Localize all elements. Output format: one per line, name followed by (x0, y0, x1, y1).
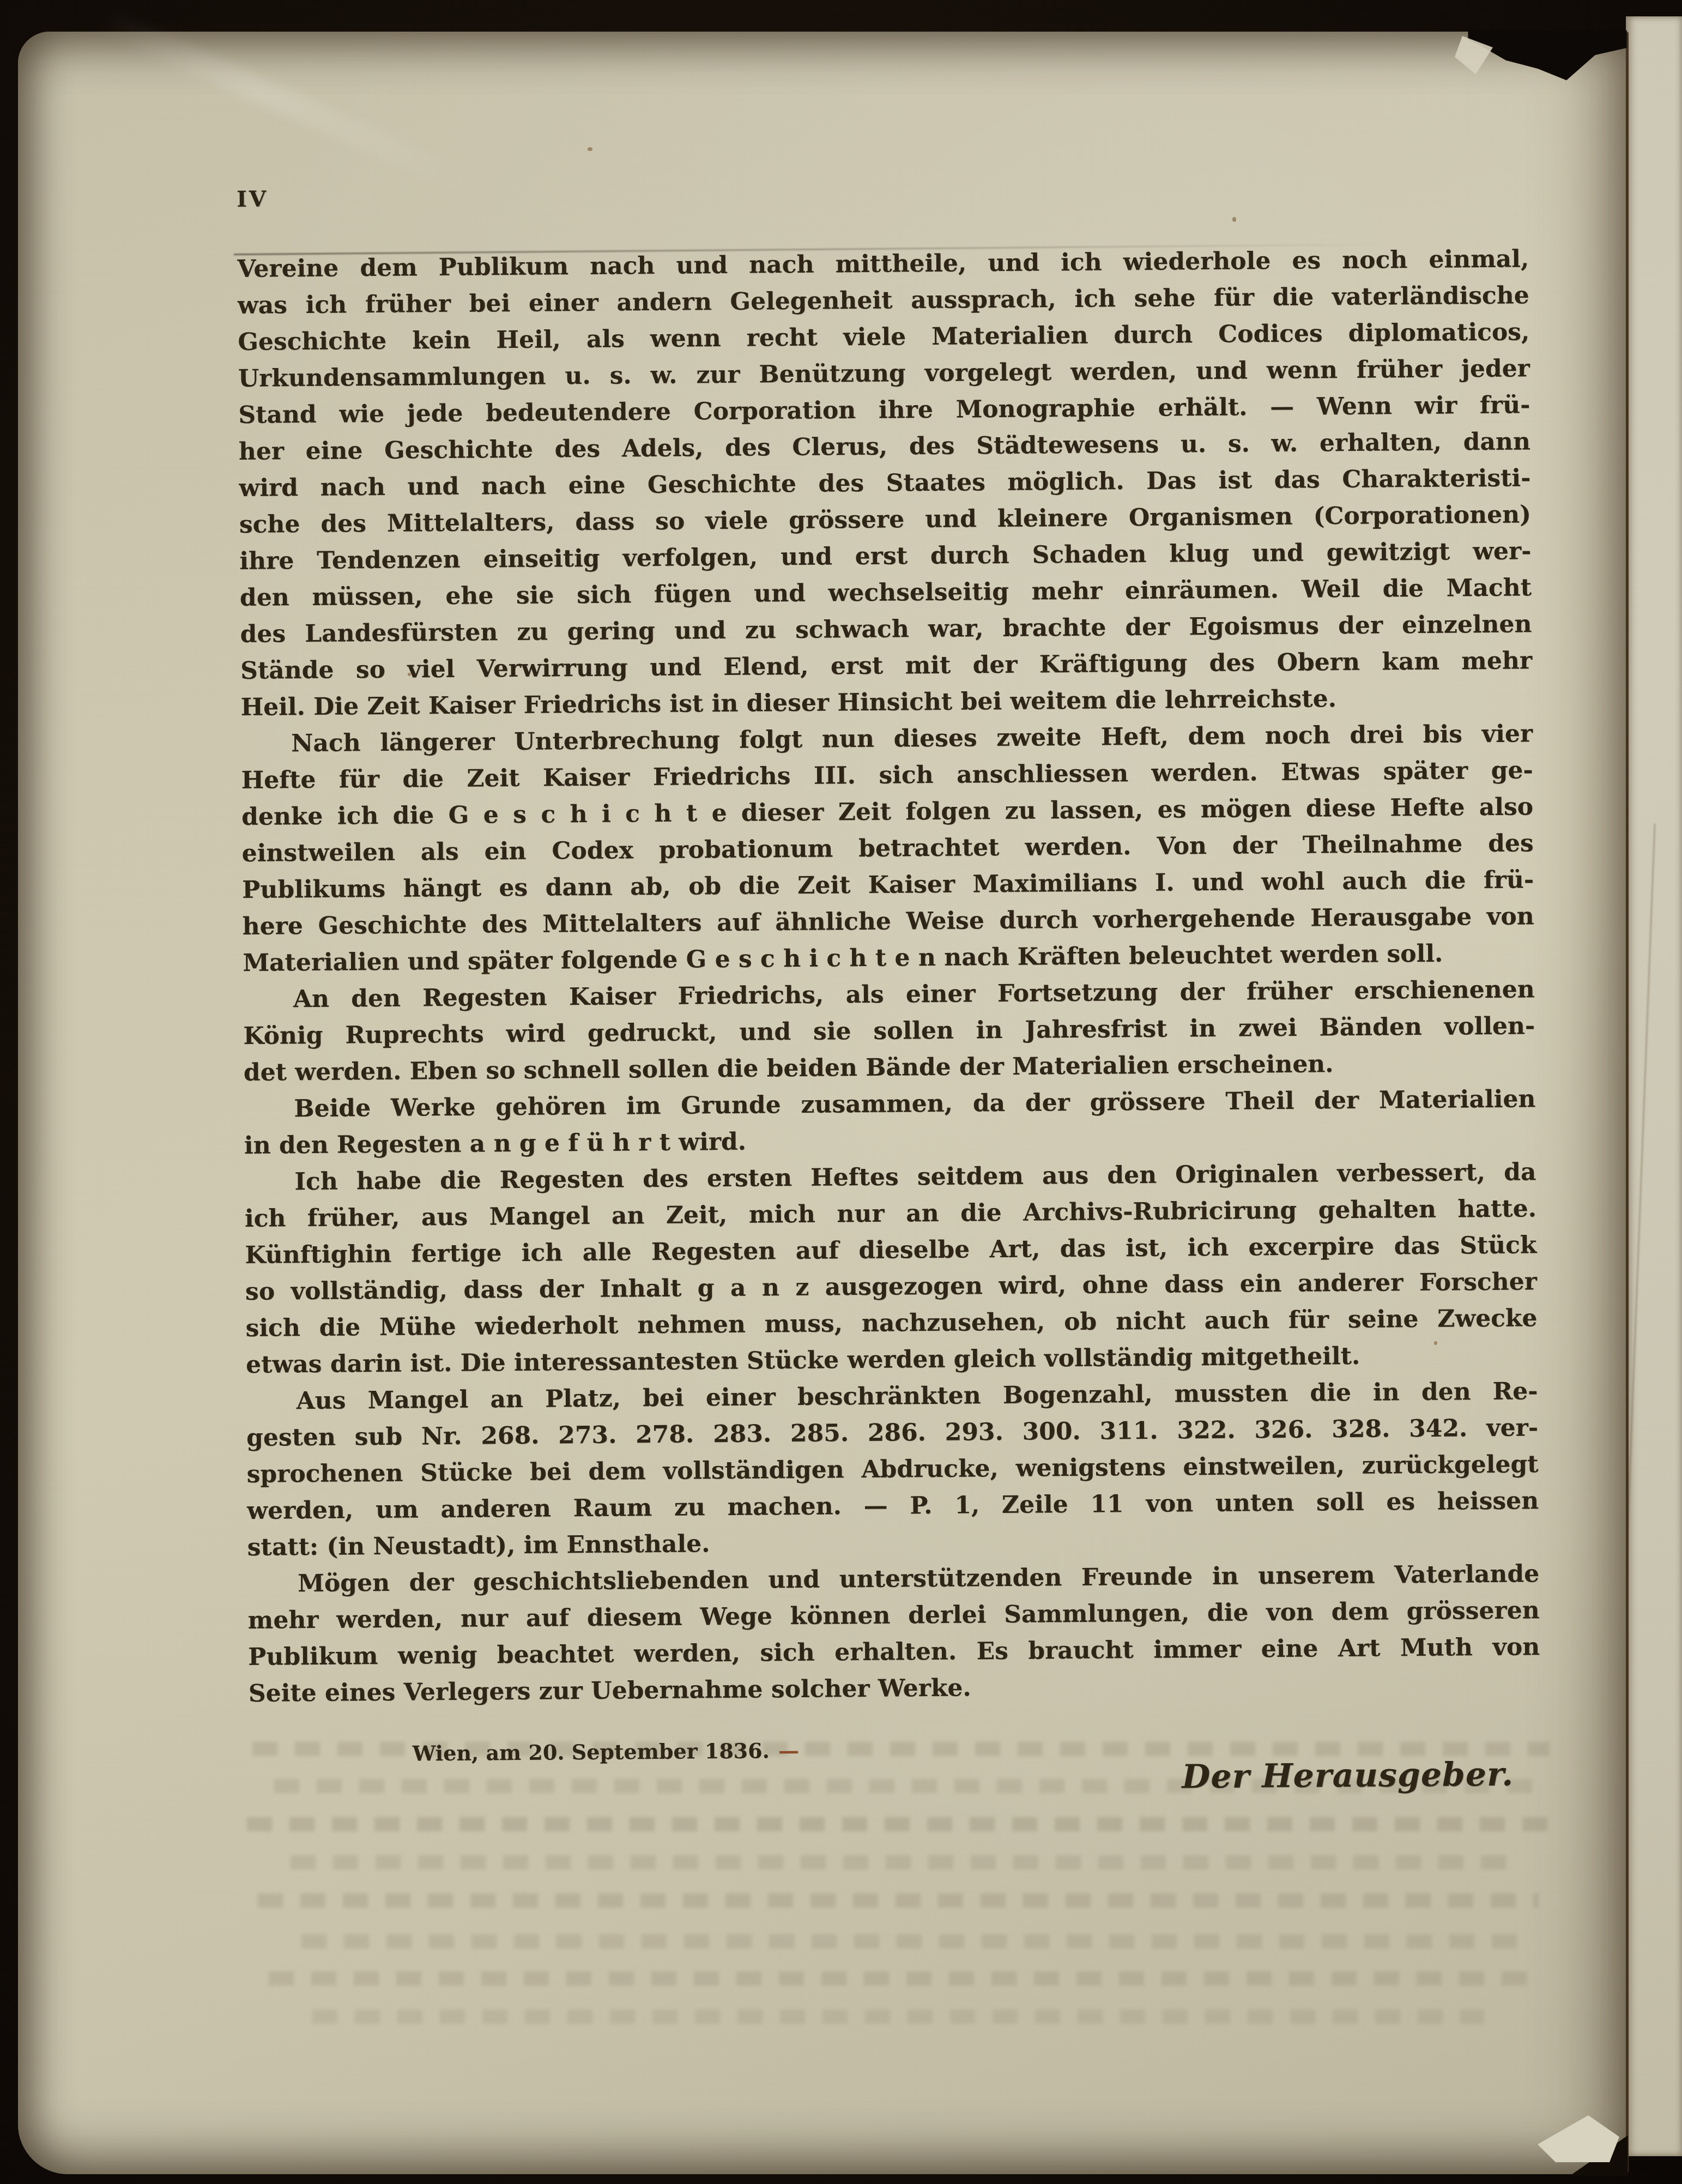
bleed-through-line (301, 1934, 1533, 1948)
book-page: IV Vereine dem Publikum nach und nach mi… (18, 32, 1629, 2174)
printed-text-block: IV Vereine dem Publikum nach und nach mi… (237, 240, 1542, 1890)
page-number: IV (237, 186, 268, 212)
torn-edge-top (1468, 30, 1627, 82)
closing-block: Wien, am 20. September 1836.— Der Heraus… (249, 1716, 1541, 1890)
paper-crease-highlight (96, 8, 485, 200)
bleed-through-line (269, 1971, 1539, 1986)
adjacent-page-edge (1626, 16, 1682, 2156)
body-text: Vereine dem Publikum nach und nach mitth… (237, 240, 1540, 1712)
scanned-book-photo: { "colors":{"paper":"#cbc5ae","ink":"#2f… (0, 0, 1682, 2184)
paper-speck (588, 147, 592, 151)
pen-dash-mark: — (778, 1738, 799, 1763)
paper-speck (1232, 217, 1236, 222)
date-text: Wien, am 20. September 1836. (412, 1738, 770, 1765)
date-line: Wien, am 20. September 1836.— (412, 1738, 799, 1766)
publisher-signature: Der Herausgeber. (1182, 1755, 1514, 1796)
torn-paper-flap-bottom (1538, 2115, 1619, 2162)
bleed-through-line (258, 1893, 1539, 1908)
bleed-through-line (312, 2010, 1484, 2024)
